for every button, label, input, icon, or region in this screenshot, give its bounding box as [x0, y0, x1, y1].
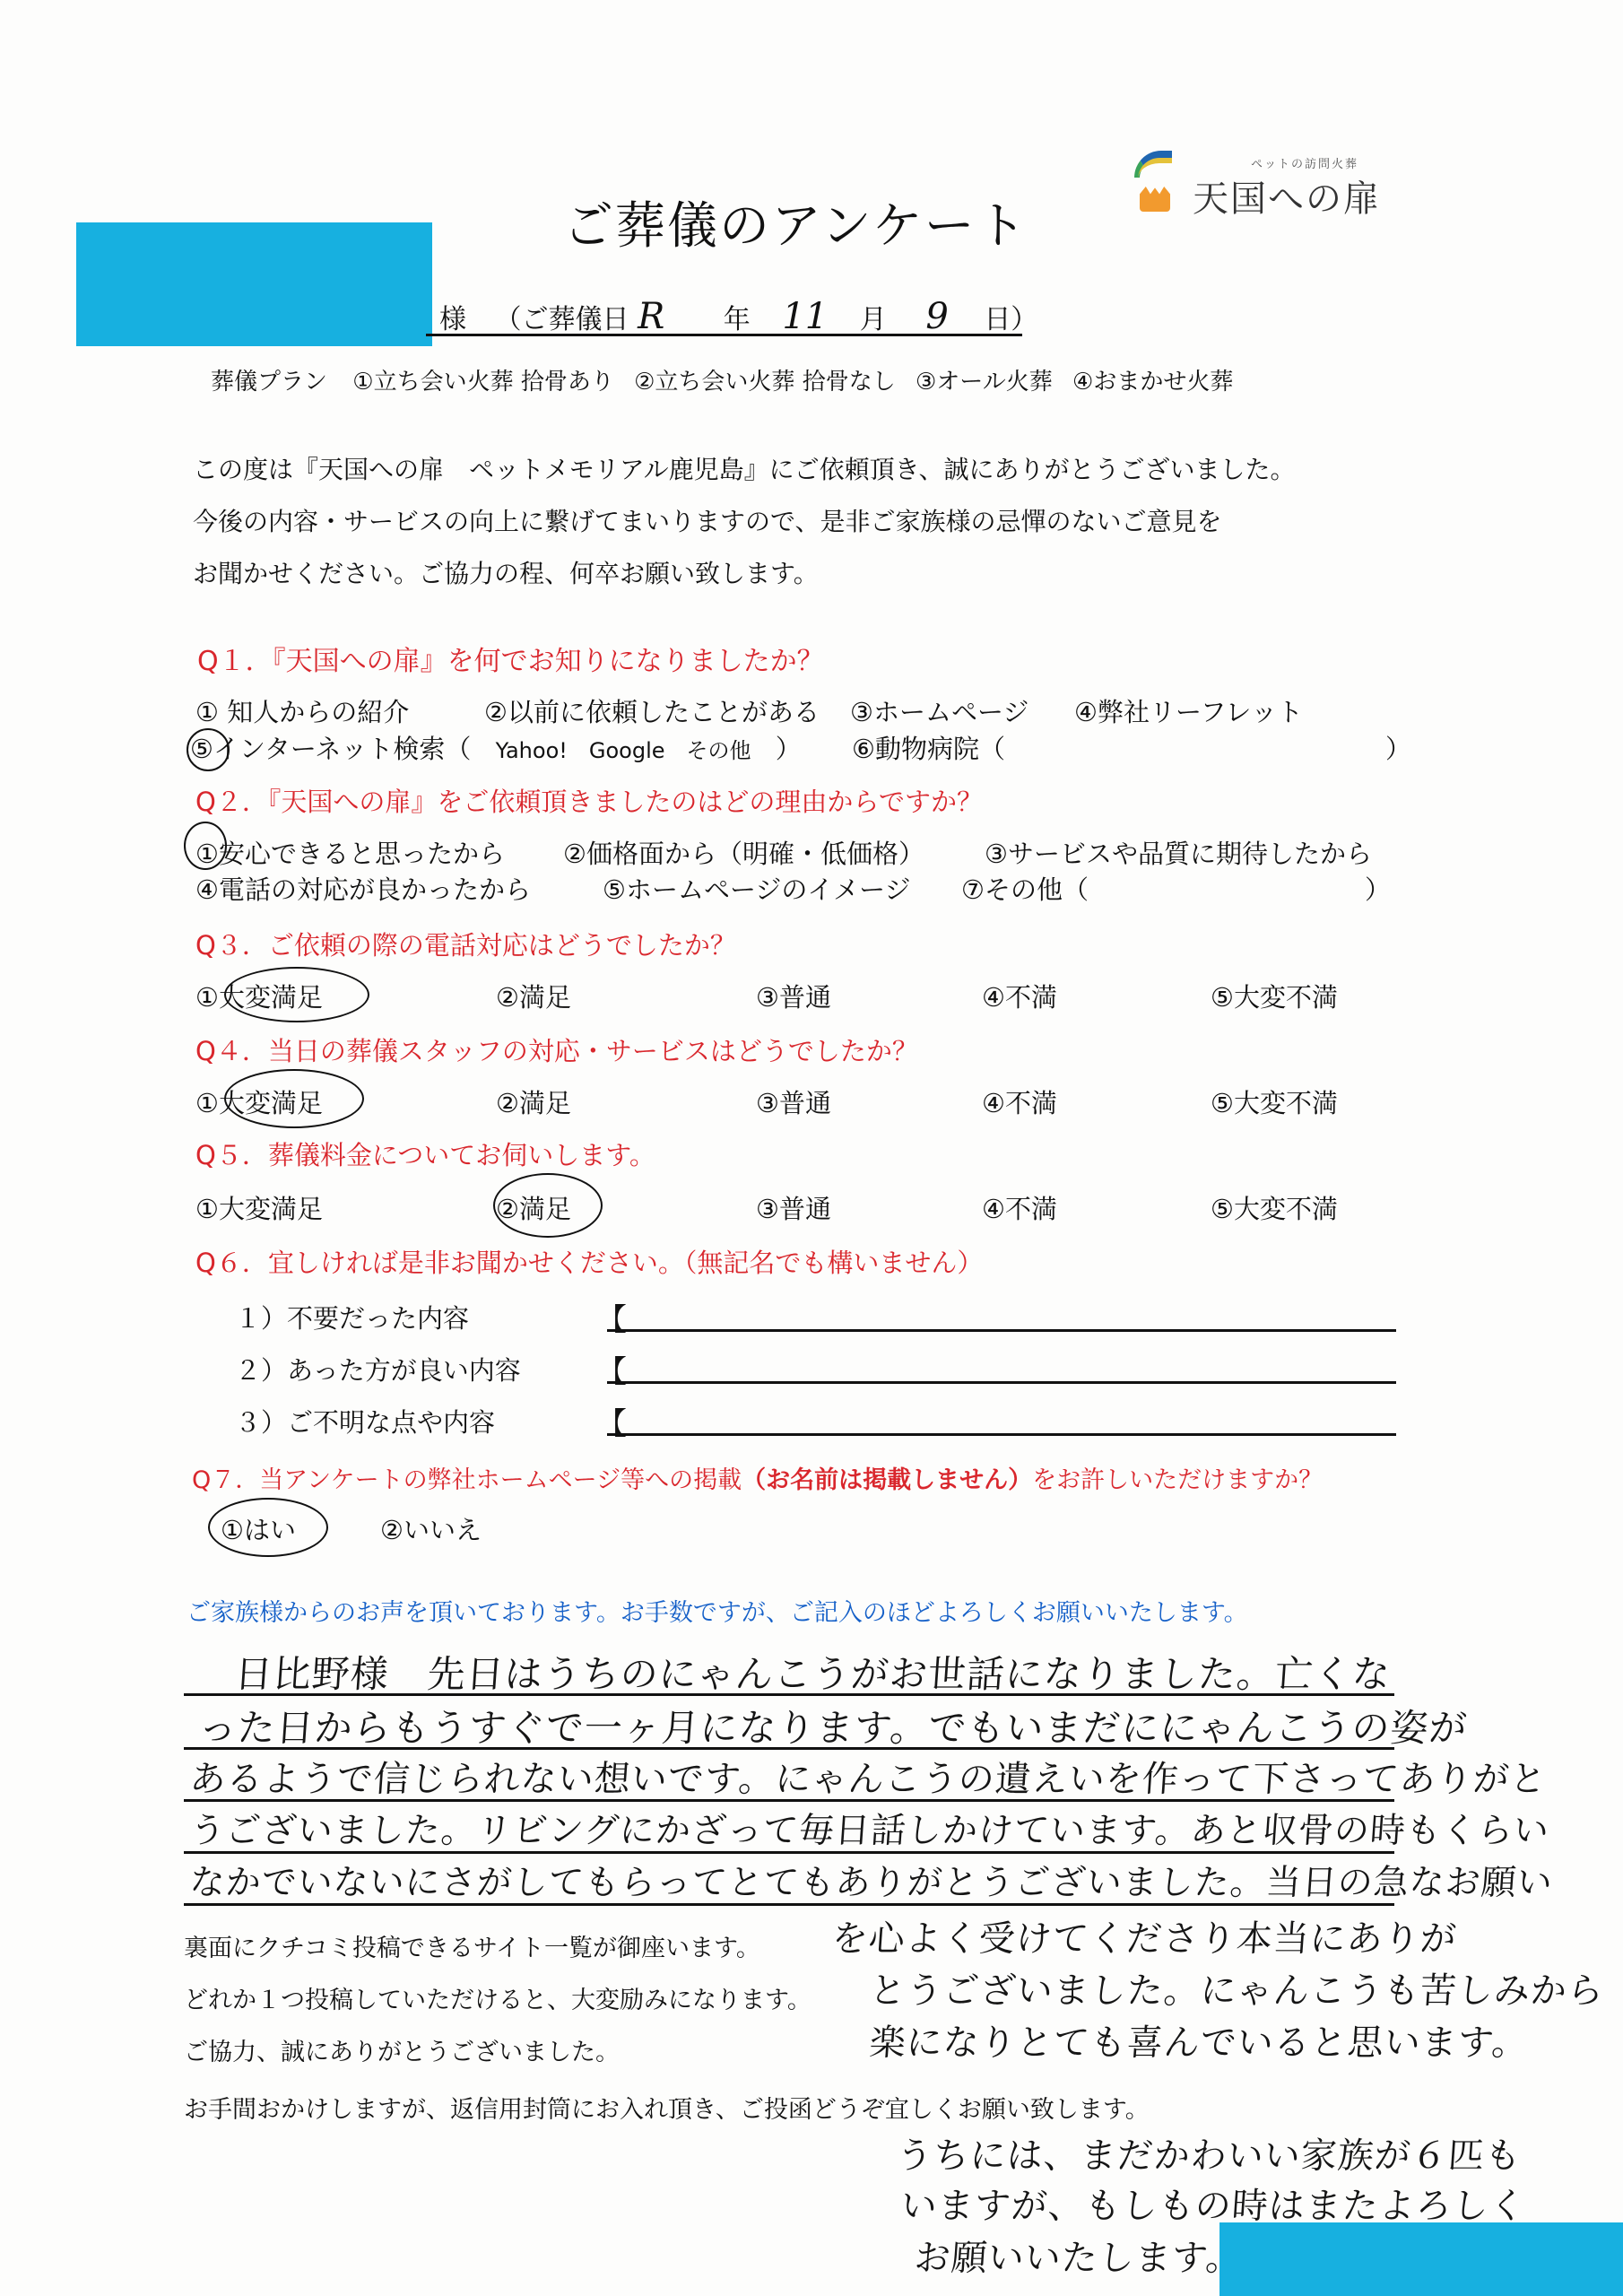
footer-line: お手間おかけしますが、返信用封筒にお入れ頂き、ご投函どうぞ宜しくお願い致します。 — [184, 2090, 1150, 2125]
q1-option[interactable]: ②以前に依頼したことがある — [484, 692, 820, 729]
plan-label: 葬儀プラン — [211, 369, 327, 396]
q7-label-b: をお許しいただけますか？ — [1032, 1466, 1323, 1494]
day-value[interactable]: 9 — [925, 296, 948, 337]
date-label: （ご葬儀日 — [495, 304, 629, 335]
q5-option[interactable]: ⑤大変不満 — [1211, 1189, 1338, 1226]
q4-label: Q４．当日の葬儀スタッフの対応・サービスはどうでしたか？ — [195, 1031, 918, 1068]
plan-row: 葬儀プラン ①立ち会い火葬 拾骨あり ②立ち会い火葬 拾骨なし ③オール火葬 ④… — [211, 363, 1233, 396]
q5-option[interactable]: ④不満 — [982, 1189, 1057, 1226]
q6-item: ２）あった方が良い内容 — [235, 1351, 521, 1387]
handwritten-line: った日からもうすぐで一ヶ月になります。でもいまだににゃんこうの姿が — [197, 1699, 1470, 1752]
handwritten-line: うございました。リビングにかざって毎日話しかけています。あと収骨の時もくらい — [188, 1803, 1551, 1853]
q7-label: Q７．当アンケートの弊社ホームページ等への掲載（お名前は掲載しません）をお許しい… — [192, 1460, 1323, 1495]
handwritten-line: あるようで信じられない想いです。にゃんこうの遺えいを作って下さってありがと — [188, 1751, 1549, 1802]
q2-option[interactable]: ④電話の対応が良かったから — [195, 870, 531, 907]
q3-option[interactable]: ③普通 — [756, 978, 831, 1014]
q2-option[interactable]: ⑦その他（ — [961, 870, 1089, 907]
q1-option-vet[interactable]: ⑥動物病院（ — [852, 729, 1005, 766]
q6-answer-line-3[interactable] — [607, 1433, 1396, 1436]
selection-circle — [224, 1069, 364, 1128]
q2-option[interactable]: ①安心できると思ったから — [195, 834, 505, 871]
logo-flower-icon — [1140, 187, 1170, 212]
bracket: 【 — [596, 1295, 627, 1339]
q7-option[interactable]: ②いいえ — [380, 1510, 482, 1547]
q2-option[interactable]: ⑤ホームページのイメージ — [603, 870, 911, 907]
intro-line: お聞かせください。ご協力の程、何卒お願い致します。 — [193, 554, 819, 590]
plan-option[interactable]: ④おまかせ火葬 — [1072, 369, 1233, 396]
selection-circle — [224, 967, 369, 1022]
q2-label: Q２．『天国への扉』をご依頼頂きましたのはどの理由からですか？ — [195, 782, 983, 819]
q1-option-vet-label: ⑥動物病院（ — [852, 734, 1005, 764]
q6-label: Q６．宜しければ是非お聞かせください。（無記名でも構いません） — [195, 1243, 983, 1280]
redaction-bottom — [1219, 2222, 1623, 2296]
handwritten-line: とうございました。にゃんこうも苦しみから — [868, 1962, 1606, 2013]
footer-line: 裏面にクチコミ投稿できるサイト一覧が御座います。 — [184, 1928, 760, 1963]
logo-brand: 天国への扉 — [1193, 170, 1381, 222]
q1-option[interactable]: ④弊社リーフレット — [1074, 692, 1303, 729]
q5-option[interactable]: ①大変満足 — [195, 1189, 323, 1226]
q4-option[interactable]: ④不満 — [982, 1083, 1057, 1120]
q4-option[interactable]: ③普通 — [756, 1083, 831, 1120]
selection-circle — [187, 728, 230, 771]
selection-circle — [184, 822, 227, 870]
handwritten-postscript: うちには、まだかわいい家族が６匹も — [895, 2127, 1523, 2179]
q3-option[interactable]: ②満足 — [496, 978, 571, 1014]
q6-answer-line-1[interactable] — [607, 1329, 1396, 1332]
q1-option-internet-label: ⑤インターネット検索（ — [190, 734, 471, 764]
q7-label-bold: （お名前は掲載しません） — [742, 1466, 1032, 1494]
q3-label: Q３．ご依頼の際の電話対応はどうでしたか？ — [195, 926, 736, 962]
plan-option[interactable]: ②立ち会い火葬 拾骨なし — [634, 369, 896, 396]
bracket: 【 — [596, 1399, 627, 1443]
q7-label-a: Q７．当アンケートの弊社ホームページ等への掲載 — [192, 1466, 742, 1494]
name-date-row: 様 （ご葬儀日 R 年 11 月 9 日） — [439, 296, 1037, 337]
footer-line: どれか１つ投稿していただけると、大変励みになります。 — [184, 1980, 811, 2015]
page-title: ご葬儀のアンケート — [563, 187, 1028, 258]
name-suffix: 様 — [439, 304, 466, 335]
selection-circle — [493, 1173, 603, 1238]
q1-option[interactable]: ① 知人からの紹介 — [195, 692, 409, 729]
year-label: 年 — [724, 304, 751, 335]
selection-circle — [208, 1498, 328, 1557]
redaction-name — [76, 222, 432, 346]
q3-option[interactable]: ④不満 — [982, 978, 1057, 1014]
date-era[interactable]: R — [638, 296, 664, 337]
q2-option[interactable]: ②価格面から（明確・低価格） — [563, 834, 924, 871]
q1-option-internet-sub: Yahoo! Google その他 — [496, 738, 751, 763]
paren-close: ） — [1365, 870, 1391, 907]
month-value[interactable]: 11 — [782, 296, 828, 337]
handwritten-line: を心よく受けてくださり本当にありが — [830, 1910, 1459, 1961]
q4-option[interactable]: ②満足 — [496, 1083, 571, 1120]
handwritten-postscript: いますが、もしもの時はまたよろしく — [899, 2178, 1528, 2229]
month-label: 月 — [860, 304, 887, 335]
q5-option[interactable]: ③普通 — [756, 1189, 831, 1226]
bracket: 【 — [596, 1347, 627, 1391]
q1-option-internet[interactable]: ⑤インターネット検索（ Yahoo! Google その他 ） — [190, 729, 802, 766]
q3-option[interactable]: ⑤大変不満 — [1211, 978, 1338, 1014]
q5-label: Q５．葬儀料金についてお伺いします。 — [195, 1135, 655, 1172]
intro-line: 今後の内容・サービスの向上に繋げてまいりますので、是非ご家族様の忌憚のないご意見… — [193, 502, 1221, 538]
q6-item: １）不要だった内容 — [235, 1299, 469, 1335]
q2-option[interactable]: ③サービスや品質に期待したから — [985, 834, 1372, 871]
plan-option[interactable]: ①立ち会い火葬 拾骨あり — [352, 369, 614, 396]
brand-logo: ペットの訪問火葬 天国への扉 — [1134, 151, 1403, 222]
comment-prompt: ご家族様からのお声を頂いております。お手数ですが、ご記入のほどよろしくお願いいた… — [187, 1593, 1248, 1628]
q1-label: Q１．『天国への扉』を何でお知りになりましたか？ — [197, 639, 824, 678]
handwritten-line: なかでいないにさがしてもらってとてもありがとうございました。当日の急なお願い — [188, 1855, 1555, 1905]
q6-answer-line-2[interactable] — [607, 1381, 1396, 1384]
logo-tagline: ペットの訪問火葬 — [1251, 154, 1358, 171]
handwritten-postscript: お願いいたします。 — [913, 2230, 1245, 2281]
q1-option[interactable]: ③ホームページ — [850, 692, 1028, 729]
intro-line: この度は『天国への扉 ペットメモリアル鹿児島』にご依頼頂き、誠にありがとうござい… — [193, 450, 1296, 486]
footer-line: ご協力、誠にありがとうございました。 — [184, 2032, 620, 2067]
handwritten-line: 楽になりとても喜んでいると思います。 — [868, 2014, 1531, 2066]
plan-option[interactable]: ③オール火葬 — [916, 369, 1053, 396]
q6-item: ３）ご不明な点や内容 — [235, 1403, 495, 1439]
paren-close: ） — [1385, 729, 1411, 766]
q4-option[interactable]: ⑤大変不満 — [1211, 1083, 1338, 1120]
day-label: 日） — [984, 304, 1037, 335]
paren-close: ） — [776, 734, 802, 764]
handwritten-line: 日比野様 先日はうちのにゃんこうがお世話になりました。亡くな — [233, 1645, 1393, 1699]
